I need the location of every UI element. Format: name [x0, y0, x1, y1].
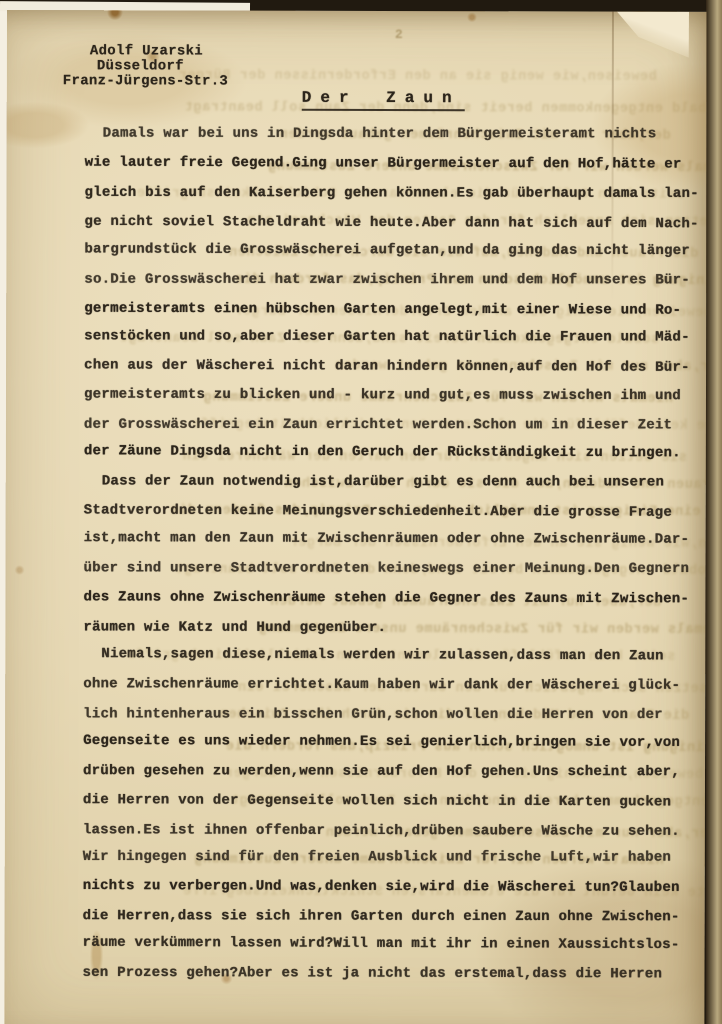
- typescript-line: die Herren,dass sie sich ihren Garten du…: [83, 902, 713, 932]
- typescript-line: Gegenseite es uns wieder nehmen.Es sei g…: [83, 727, 713, 758]
- typescript-line: ohne Zwischenräume errichtet.Kaum haben …: [83, 670, 713, 701]
- typescript-line: des Zauns ohne Zwischenräume stehen die …: [83, 583, 713, 614]
- typescript-line: lassen.Es ist ihnen offenbar peinlich,dr…: [83, 816, 713, 847]
- typescript-line: der Zäune Dingsda nicht in den Geruch de…: [84, 438, 714, 469]
- typescript-line: ist,macht man den Zaun mit Zwischenräume…: [84, 524, 714, 555]
- paper: beweisen,wie wenig sie an den Erforderni…: [4, 10, 707, 1024]
- typescript-body: Damals war bei uns in Dingsda hinter dem…: [82, 120, 714, 990]
- typescript-line: senstöcken und so,aber dieser Garten hat…: [84, 322, 714, 352]
- author-line: Franz-Jürgens-Str.3: [63, 74, 228, 89]
- typescript-line: so.Die Grosswäscherei hat zwar zwischen …: [84, 265, 714, 295]
- author-block: Adolf UzarskiDüsseldorfFranz-Jürgens-Str…: [63, 44, 228, 89]
- typescript-line: germeisteramts einen hübschen Garten ang…: [84, 294, 714, 325]
- document-title: Der Zaun: [302, 89, 465, 111]
- typescript-line: gleich bis auf den Kaiserberg gehen könn…: [84, 179, 714, 209]
- typescript-line: räume verkümmern lassen wird?Will man mi…: [82, 929, 712, 960]
- typescript-line: lich hintenheraus ein bisschen Grün,scho…: [83, 700, 713, 730]
- page-number-bleed: 2: [395, 27, 403, 42]
- typescript-line: Wir hingegen sind für den freien Ausblic…: [83, 843, 713, 873]
- typescript-line: Damals war bei uns in Dingsda hinter dem…: [85, 120, 715, 150]
- typescript-line: bargrundstück die Grosswäscherei aufgeta…: [84, 235, 714, 266]
- author-line: Adolf Uzarski: [63, 44, 228, 59]
- typescript-line: Niemals,sagen diese,niemals werden wir z…: [83, 640, 713, 671]
- typescript-line: der Grosswäscherei ein Zaun errichtet we…: [84, 411, 714, 441]
- typescript-line: wie lauter freie Gegend.Ging unser Bürge…: [85, 149, 715, 180]
- fold-corner: [617, 12, 689, 58]
- typescript-line: räumen wie Katz und Hund gegenüber.: [83, 613, 713, 643]
- scan-edge-right: [706, 0, 722, 1024]
- typescript-line: nichts zu verbergen.Und was,denken sie,w…: [83, 872, 713, 903]
- typescript-line: ge nicht soviel Stacheldraht wie heute.A…: [84, 208, 714, 239]
- typescript-line: chen aus der Wäscherei nicht daran hinde…: [84, 351, 714, 382]
- typescript-line: die Herren von der Gegenseite wollen sic…: [83, 786, 713, 817]
- typescript-line: über sind unsere Stadtverordneten keines…: [84, 554, 714, 584]
- typescript-line: Dass der Zaun notwendig ist,darüber gibt…: [84, 468, 714, 498]
- typescript-line: Stadtverordneten keine Meinungsverschied…: [84, 497, 714, 528]
- typescript-line: germeisteramts zu blicken und - kurz und…: [84, 381, 714, 412]
- typescript-line: drüben gesehen zu werden,wenn sie auf de…: [83, 757, 713, 787]
- typescript-line: sen Prozess gehen?Aber es ist ja nicht d…: [82, 959, 712, 990]
